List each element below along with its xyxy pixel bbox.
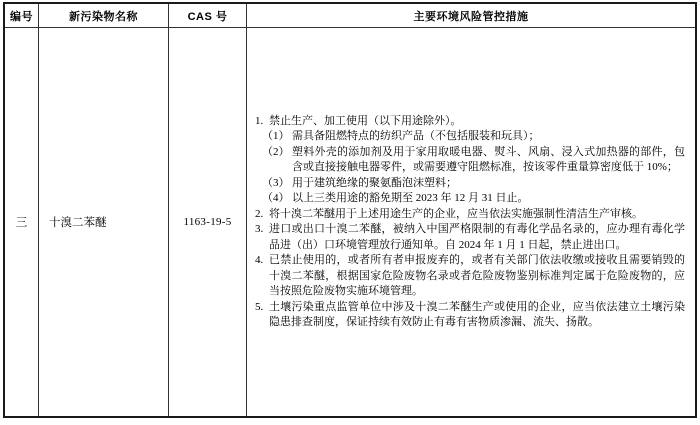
measure-item-3-number: 3.: [255, 222, 269, 238]
measure-item-1-sub-3-text: 用于建筑绝缘的聚氨酯泡沫塑料；: [292, 176, 685, 192]
measure-item-2: 2. 将十溴二苯醚用于上述用途生产的企业，应当依法实施强制性清洁生产审核。: [255, 207, 685, 223]
measure-item-1-number: 1.: [255, 114, 269, 130]
measure-item-4-text: 已禁止使用的，或者所有者申报废弃的，或者有关部门依法收缴或接收且需要销毁的十溴二…: [269, 253, 685, 300]
measure-item-1-sub-4: （4） 以上三类用途的豁免期至 2023 年 12 月 31 日止。: [262, 191, 685, 207]
measure-item-1-sub-1-text: 需具备阻燃特点的纺织产品（不包括服装和玩具）；: [292, 129, 685, 145]
row-number-cell: 三: [5, 28, 39, 416]
measure-item-1-sub-4-text: 以上三类用途的豁免期至 2023 年 12 月 31 日止。: [292, 191, 685, 207]
measure-item-3-text: 进口或出口十溴二苯醚，被纳入中国严格限制的有毒化学品名录的，应办理有毒化学品进（…: [269, 222, 685, 253]
measure-item-1-sub-3-number: （3）: [262, 176, 292, 192]
measure-item-3: 3. 进口或出口十溴二苯醚，被纳入中国严格限制的有毒化学品名录的，应办理有毒化学…: [255, 222, 685, 253]
measure-item-4: 4. 已禁止使用的，或者所有者申报废弃的，或者有关部门依法收缴或接收且需要销毁的…: [255, 253, 685, 300]
cas-number-cell: 1163-19-5: [169, 28, 247, 416]
measure-item-1-sub-2-text: 塑料外壳的添加剂及用于家用取暖电器、熨斗、风扇、浸入式加热器的部件，包含或直接接…: [292, 145, 685, 176]
header-measures: 主要环境风险管控措施: [247, 4, 695, 28]
measures-cell: 1. 禁止生产、加工使用（以下用途除外）。 （1） 需具备阻燃特点的纺织产品（不…: [247, 28, 695, 416]
header-number: 编号: [5, 4, 39, 28]
measure-item-1-text: 禁止生产、加工使用（以下用途除外）。: [269, 114, 685, 130]
measure-item-1-sub-2-number: （2）: [262, 145, 292, 161]
header-cas: CAS 号: [169, 4, 247, 28]
measure-item-1-sub-1: （1） 需具备阻燃特点的纺织产品（不包括服装和玩具）；: [262, 129, 685, 145]
measure-item-2-text: 将十溴二苯醚用于上述用途生产的企业，应当依法实施强制性清洁生产审核。: [269, 207, 685, 223]
measure-item-5-number: 5.: [255, 300, 269, 316]
measure-item-1-sub-2: （2） 塑料外壳的添加剂及用于家用取暖电器、熨斗、风扇、浸入式加热器的部件，包含…: [262, 145, 685, 176]
header-pollutant-name: 新污染物名称: [39, 4, 169, 28]
measure-item-5-text: 土壤污染重点监管单位中涉及十溴二苯醚生产或使用的企业，应当依法建立土壤污染隐患排…: [269, 300, 685, 331]
measure-item-1-sub-3: （3） 用于建筑绝缘的聚氨酯泡沫塑料；: [262, 176, 685, 192]
measure-item-5: 5. 土壤污染重点监管单位中涉及十溴二苯醚生产或使用的企业，应当依法建立土壤污染…: [255, 300, 685, 331]
pollutant-control-table: 编号 新污染物名称 CAS 号 主要环境风险管控措施 三 十溴二苯醚 1163-…: [3, 2, 697, 418]
pollutant-name-cell: 十溴二苯醚: [39, 28, 169, 416]
measure-item-1: 1. 禁止生产、加工使用（以下用途除外）。: [255, 114, 685, 130]
measure-item-2-number: 2.: [255, 207, 269, 223]
measure-item-1-sub-1-number: （1）: [262, 129, 292, 145]
document-page: 编号 新污染物名称 CAS 号 主要环境风险管控措施 三 十溴二苯醚 1163-…: [0, 0, 700, 425]
measure-item-1-sub-4-number: （4）: [262, 191, 292, 207]
measure-item-4-number: 4.: [255, 253, 269, 269]
